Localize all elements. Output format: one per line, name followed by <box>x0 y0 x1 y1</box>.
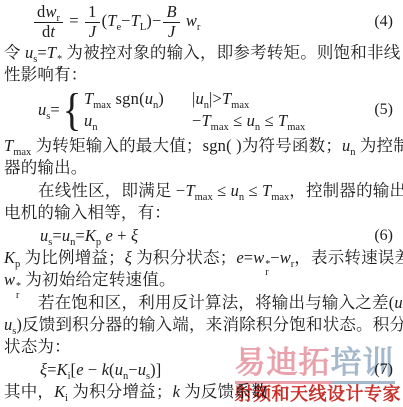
equation-5-lhs: us= <box>38 100 60 120</box>
watermark-brand: 易迪拓培训 <box>235 348 402 377</box>
text-line: w*r 为初始给定转速值。 <box>4 269 397 291</box>
text-line: us)反馈到积分器的输入端，来消除积分饱和状态。积分 <box>4 314 397 336</box>
equation-5-number: (5) <box>374 101 393 119</box>
case-row: un −Tmax ≤ un ≤ Tmax <box>84 110 305 132</box>
paper-page: dwrdt = 1J(Te−TL)−BJ wr (4) 令 us=T*e 为被控… <box>0 0 403 407</box>
text-line: 器的输出。 <box>4 157 397 179</box>
equation-6-body: us=un=Kp e + ξ <box>40 226 138 246</box>
text-line: Tmax 为转矩输入的最大值；sgn( )为符号函数；un 为控制 <box>4 135 397 157</box>
case-expression: un <box>84 111 192 131</box>
text-line: 若在饱和区，利用反计算法，将输出与输入之差(un= <box>4 292 397 314</box>
cases-brace: { <box>63 89 82 131</box>
text-line: 令 us=T*e 为被控对象的输入，即参考转矩。则饱和非线 <box>4 42 397 64</box>
equation-6-number: (6) <box>374 227 393 245</box>
watermark-tagline: 射频和天线设计专家 <box>235 380 402 406</box>
case-condition: |un|>Tmax <box>192 89 249 109</box>
case-condition: −Tmax ≤ un ≤ Tmax <box>192 111 305 131</box>
equation-7-body: ξ=Ki[e − k(un−us)] <box>40 360 162 380</box>
watermark: 易迪拓培训 射频和天线设计专家 <box>235 348 402 406</box>
equation-5-cases: Tmax sgn(un) |un|>Tmax un −Tmax ≤ un ≤ T… <box>84 88 305 132</box>
equation-4-number: (4) <box>374 13 393 31</box>
case-row: Tmax sgn(un) |un|>Tmax <box>84 88 305 110</box>
watermark-brand-blue: 培训 <box>331 345 395 384</box>
text-line: 在线性区，即满足 −Tmax ≤ un ≤ Tmax，控制器的输出与 <box>4 180 397 202</box>
case-expression: Tmax sgn(un) <box>84 89 192 109</box>
watermark-brand-pink: 易迪拓 <box>235 345 331 384</box>
equation-5: us= { Tmax sgn(un) |un|>Tmax un −Tmax ≤ … <box>4 88 397 133</box>
text-line: 电机的输入相等，有： <box>4 202 397 224</box>
equation-4: dwrdt = 1J(Te−TL)−BJ wr (4) <box>4 3 397 41</box>
text-line: Kp 为比例增益；ξ 为积分状态；e=w*r−wr，表示转速误差； <box>4 247 397 269</box>
equation-4-body: dwrdt = 1J(Te−TL)−BJ wr <box>32 3 200 42</box>
equation-6: us=un=Kp e + ξ (6) <box>4 224 397 246</box>
